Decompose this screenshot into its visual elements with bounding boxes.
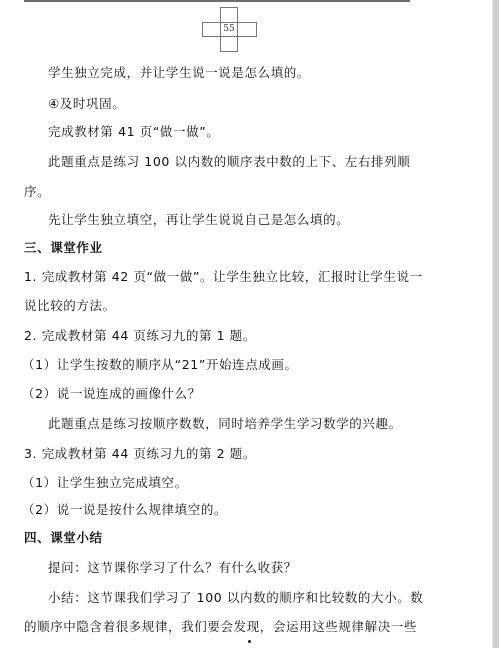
paragraph-line: 说比较的方法。 xyxy=(24,298,116,314)
paragraph-line: 序。 xyxy=(24,184,50,200)
number-cross-figure: 55 xyxy=(202,7,258,53)
paragraph-line: 的顺序中隐含着很多规律，我们要会发现，会运用这些规律解决一些 xyxy=(24,619,417,635)
paragraph-line: 先让学生独立填空，再让学生说说自己是怎么填的。 xyxy=(48,212,349,228)
paragraph-line: 提问：这节课你学习了什么？有什么收获？ xyxy=(48,560,297,576)
paragraph-line: （1）让学生独立完成填空。 xyxy=(22,475,188,491)
page-marker-dot xyxy=(248,640,251,643)
paragraph-line: 3. 完成教材第 44 页练习九的第 2 题。 xyxy=(24,446,256,462)
section-heading: 四、课堂小结 xyxy=(24,530,103,546)
paragraph-line: （2）说一说连成的画像什么？ xyxy=(22,386,201,402)
paragraph-line: （1）让学生按数的顺序从“21”开始连点成画。 xyxy=(22,357,298,373)
paragraph-line: 此题重点是练习 100 以内数的顺序表中数的上下、左右排列顺 xyxy=(48,154,410,170)
paragraph-line: 2. 完成教材第 44 页练习九的第 1 题。 xyxy=(24,328,256,344)
vertical-scrollbar[interactable] xyxy=(492,0,499,648)
page-top-border xyxy=(24,0,410,2)
paragraph-line: ④及时巩固。 xyxy=(48,96,125,112)
paragraph-line: 学生独立完成，并让学生说一说是怎么填的。 xyxy=(48,65,310,81)
paragraph-line: （2）说一说是按什么规律填空的。 xyxy=(22,502,227,518)
paragraph-line: 此题重点是练习按顺序数数，同时培养学生学习数学的兴趣。 xyxy=(48,416,402,432)
paragraph-line: 1. 完成教材第 42 页“做一做”。让学生独立比较，汇报时让学生说一 xyxy=(24,269,423,285)
paragraph-line: 完成教材第 41 页“做一做”。 xyxy=(48,124,219,140)
paragraph-line: 小结：这节课我们学习了 100 以内数的顺序和比较数的大小。数 xyxy=(48,590,423,606)
section-heading: 三、课堂作业 xyxy=(24,240,103,256)
cross-center-number: 55 xyxy=(220,22,238,37)
